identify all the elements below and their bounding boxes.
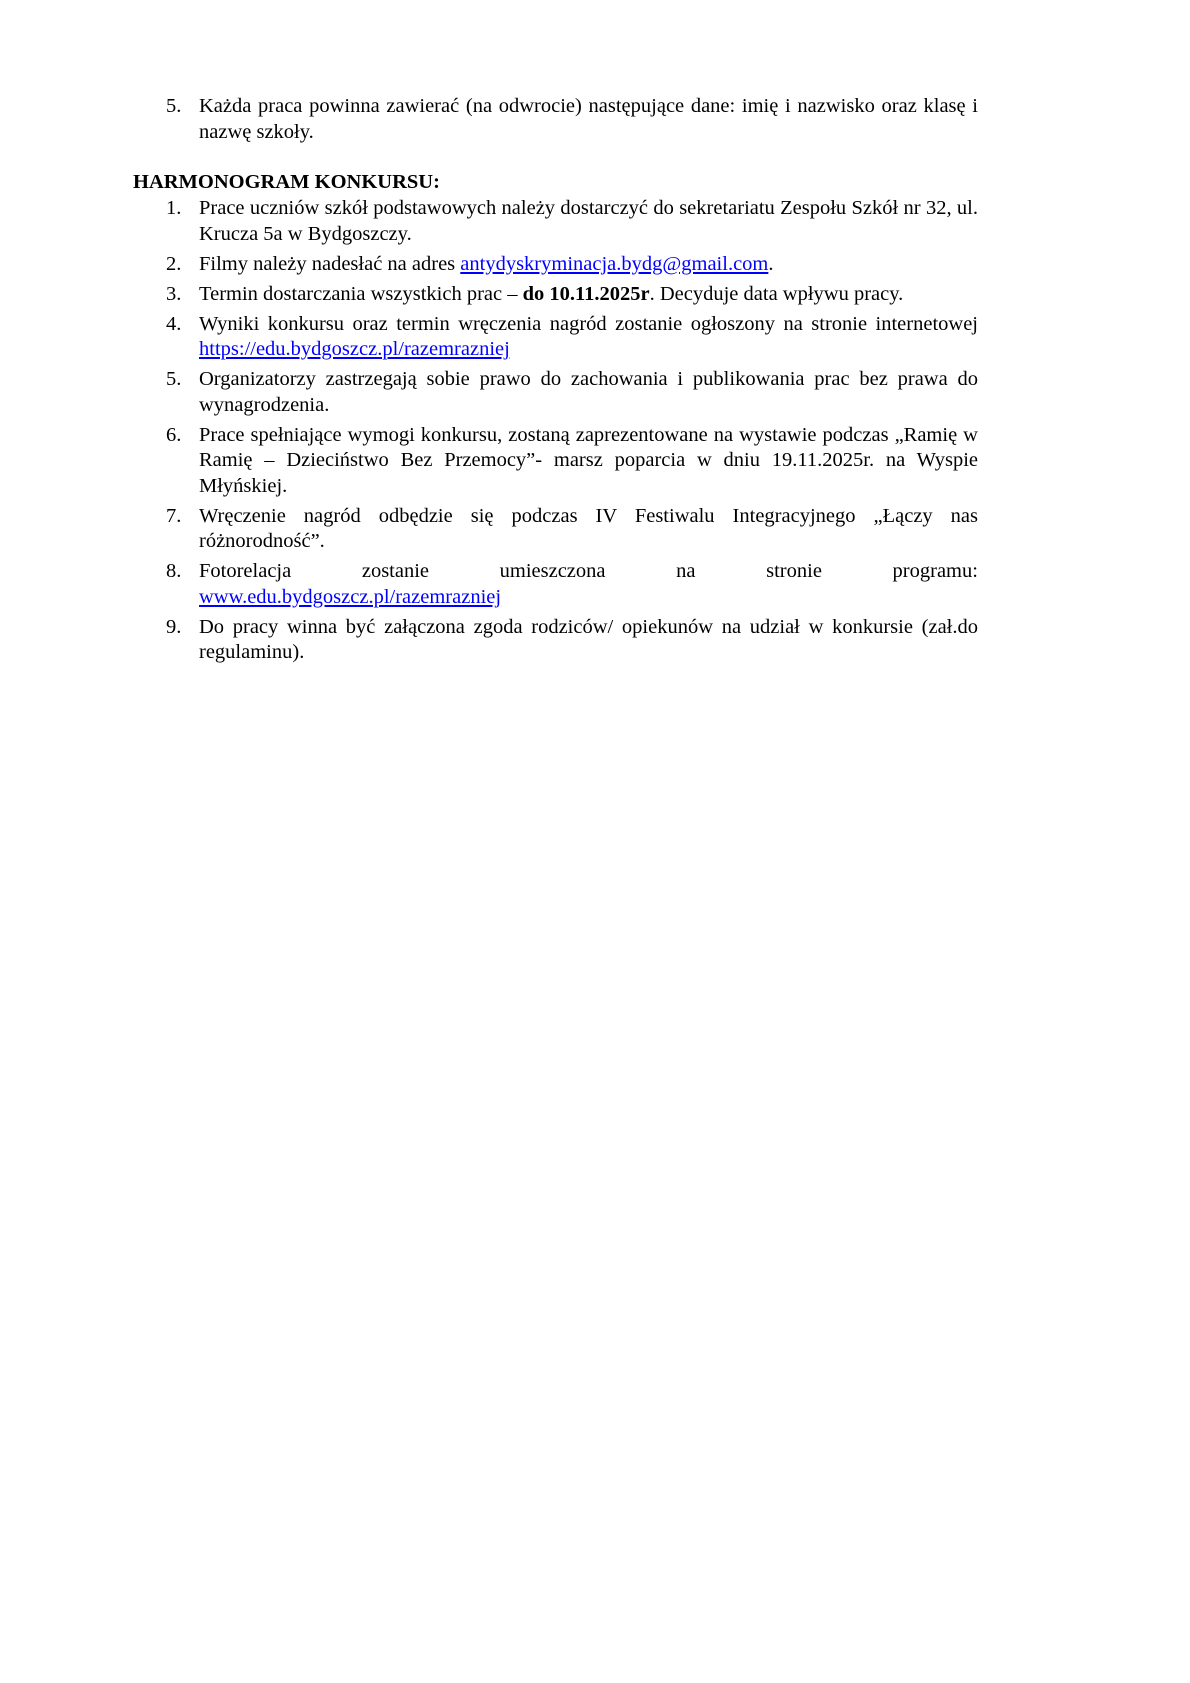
intro-list: 5. Każda praca powinna zawierać (na odwr… <box>166 94 978 150</box>
item-number: 1. <box>166 196 181 222</box>
item-number: 7. <box>166 504 181 530</box>
document-page: 5. Każda praca powinna zawierać (na odwr… <box>0 0 1190 1683</box>
results-page-link[interactable]: https://edu.bydgoszcz.pl/razemrazniej <box>199 338 510 360</box>
item-text: Każda praca powinna zawierać (na odwroci… <box>199 95 978 143</box>
list-item: 5. Organizatorzy zastrzegają sobie prawo… <box>166 367 978 418</box>
list-item: 6. Prace spełniające wymogi konkursu, zo… <box>166 423 978 500</box>
email-link[interactable]: antydyskryminacja.bydg@gmail.com <box>460 253 768 275</box>
list-item: 5. Każda praca powinna zawierać (na odwr… <box>166 94 978 145</box>
item-number: 2. <box>166 252 181 278</box>
item-text: Wręczenie nagród odbędzie się podczas IV… <box>199 505 978 553</box>
deadline-date: do 10.11.2025r <box>523 283 650 305</box>
list-item: 9. Do pracy winna być załączona zgoda ro… <box>166 615 978 666</box>
item-text-spread: Fotorelacja zostanie umieszczona na stro… <box>199 559 978 585</box>
list-item: 2. Filmy należy nadesłać na adres antydy… <box>166 252 978 278</box>
photo-report-link[interactable]: www.edu.bydgoszcz.pl/razemrazniej <box>199 586 501 608</box>
item-text: Do pracy winna być załączona zgoda rodzi… <box>199 616 978 664</box>
item-text: Wyniki konkursu oraz termin wręczenia na… <box>199 313 978 335</box>
list-item: 1. Prace uczniów szkół podstawowych nale… <box>166 196 978 247</box>
item-number: 5. <box>166 94 181 120</box>
list-item: 4. Wyniki konkursu oraz termin wręczenia… <box>166 312 978 363</box>
item-word: zostanie <box>362 559 429 585</box>
item-text: Filmy należy nadesłać na adres <box>199 253 460 275</box>
item-word: na <box>676 559 695 585</box>
item-text: Organizatorzy zastrzegają sobie prawo do… <box>199 368 978 416</box>
item-number: 6. <box>166 423 181 449</box>
item-number: 8. <box>166 559 181 585</box>
schedule-list: 1. Prace uczniów szkół podstawowych nale… <box>166 196 978 670</box>
schedule-heading: HARMONOGRAM KONKURSU: <box>133 170 440 196</box>
list-item: 8. Fotorelacja zostanie umieszczona na s… <box>166 559 978 610</box>
item-text: . Decyduje data wpływu pracy. <box>650 283 904 305</box>
item-number: 4. <box>166 312 181 338</box>
list-item: 3. Termin dostarczania wszystkich prac –… <box>166 282 978 308</box>
item-word: umieszczona <box>500 559 606 585</box>
item-number: 9. <box>166 615 181 641</box>
item-word: stronie <box>766 559 822 585</box>
item-word: programu: <box>893 559 978 585</box>
list-item: 7. Wręczenie nagród odbędzie się podczas… <box>166 504 978 555</box>
item-number: 5. <box>166 367 181 393</box>
item-text: Termin dostarczania wszystkich prac – <box>199 283 523 305</box>
item-text: Prace uczniów szkół podstawowych należy … <box>199 197 978 245</box>
item-text: . <box>768 253 773 275</box>
item-text: Prace spełniające wymogi konkursu, zosta… <box>199 424 978 497</box>
item-number: 3. <box>166 282 181 308</box>
item-word: Fotorelacja <box>199 559 291 585</box>
